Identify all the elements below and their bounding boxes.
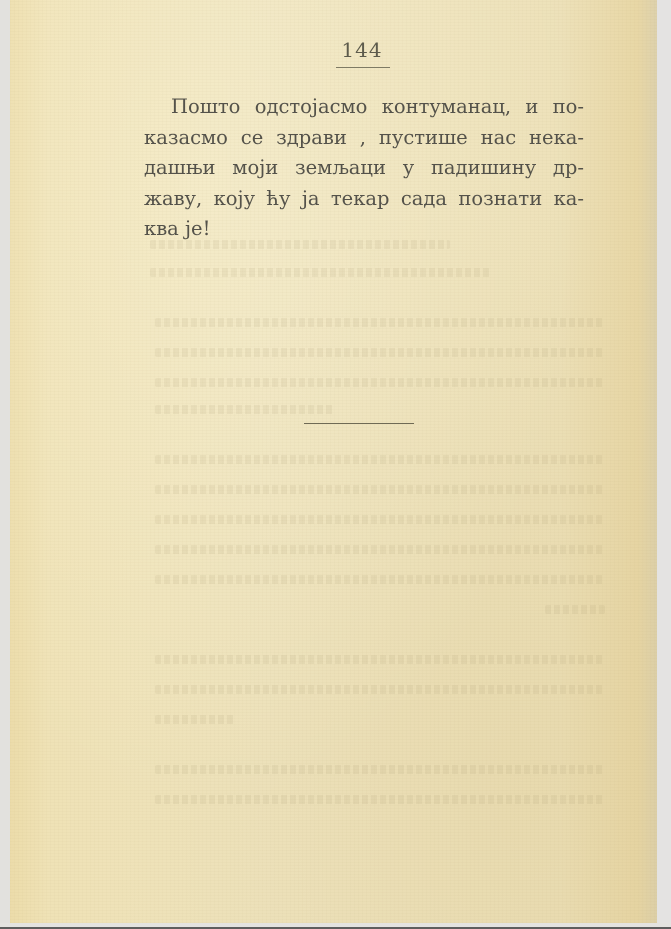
page-number: 144 bbox=[334, 38, 390, 62]
bleed-through-texture bbox=[155, 795, 605, 804]
paragraph-line: дашњи моји земљаци у падишину др- bbox=[144, 153, 584, 184]
paragraph-line: Пошто одстојасмо контуманац, и по- bbox=[144, 92, 584, 123]
bleed-through-texture bbox=[155, 685, 605, 694]
bleed-through-texture bbox=[155, 765, 605, 774]
bleed-through-texture bbox=[155, 405, 335, 414]
bleed-through-texture bbox=[155, 715, 235, 724]
section-divider bbox=[304, 423, 414, 424]
bleed-through-texture bbox=[150, 268, 490, 277]
bleed-through-texture bbox=[545, 605, 605, 614]
paragraph-line: ква је! bbox=[144, 214, 584, 245]
bleed-through-texture bbox=[155, 378, 605, 387]
bleed-through-texture bbox=[155, 515, 605, 524]
bleed-through-texture bbox=[155, 575, 605, 584]
page-number-underline bbox=[336, 67, 390, 68]
scan-right-margin bbox=[657, 0, 671, 929]
body-paragraph: Пошто одстојасмо контуманац, и по- казас… bbox=[144, 92, 584, 245]
paragraph-line: жаву, коју ћу ја текар сада познати ка- bbox=[144, 184, 584, 215]
bleed-through-texture bbox=[155, 485, 605, 494]
bleed-through-texture bbox=[155, 545, 605, 554]
bleed-through-texture bbox=[155, 318, 605, 327]
scan-left-margin bbox=[0, 0, 10, 929]
paragraph-line: казасмо се здрави , пустише нас нека- bbox=[144, 123, 584, 154]
bleed-through-texture bbox=[155, 655, 605, 664]
bleed-through-texture bbox=[155, 348, 605, 357]
bleed-through-texture bbox=[155, 455, 605, 464]
